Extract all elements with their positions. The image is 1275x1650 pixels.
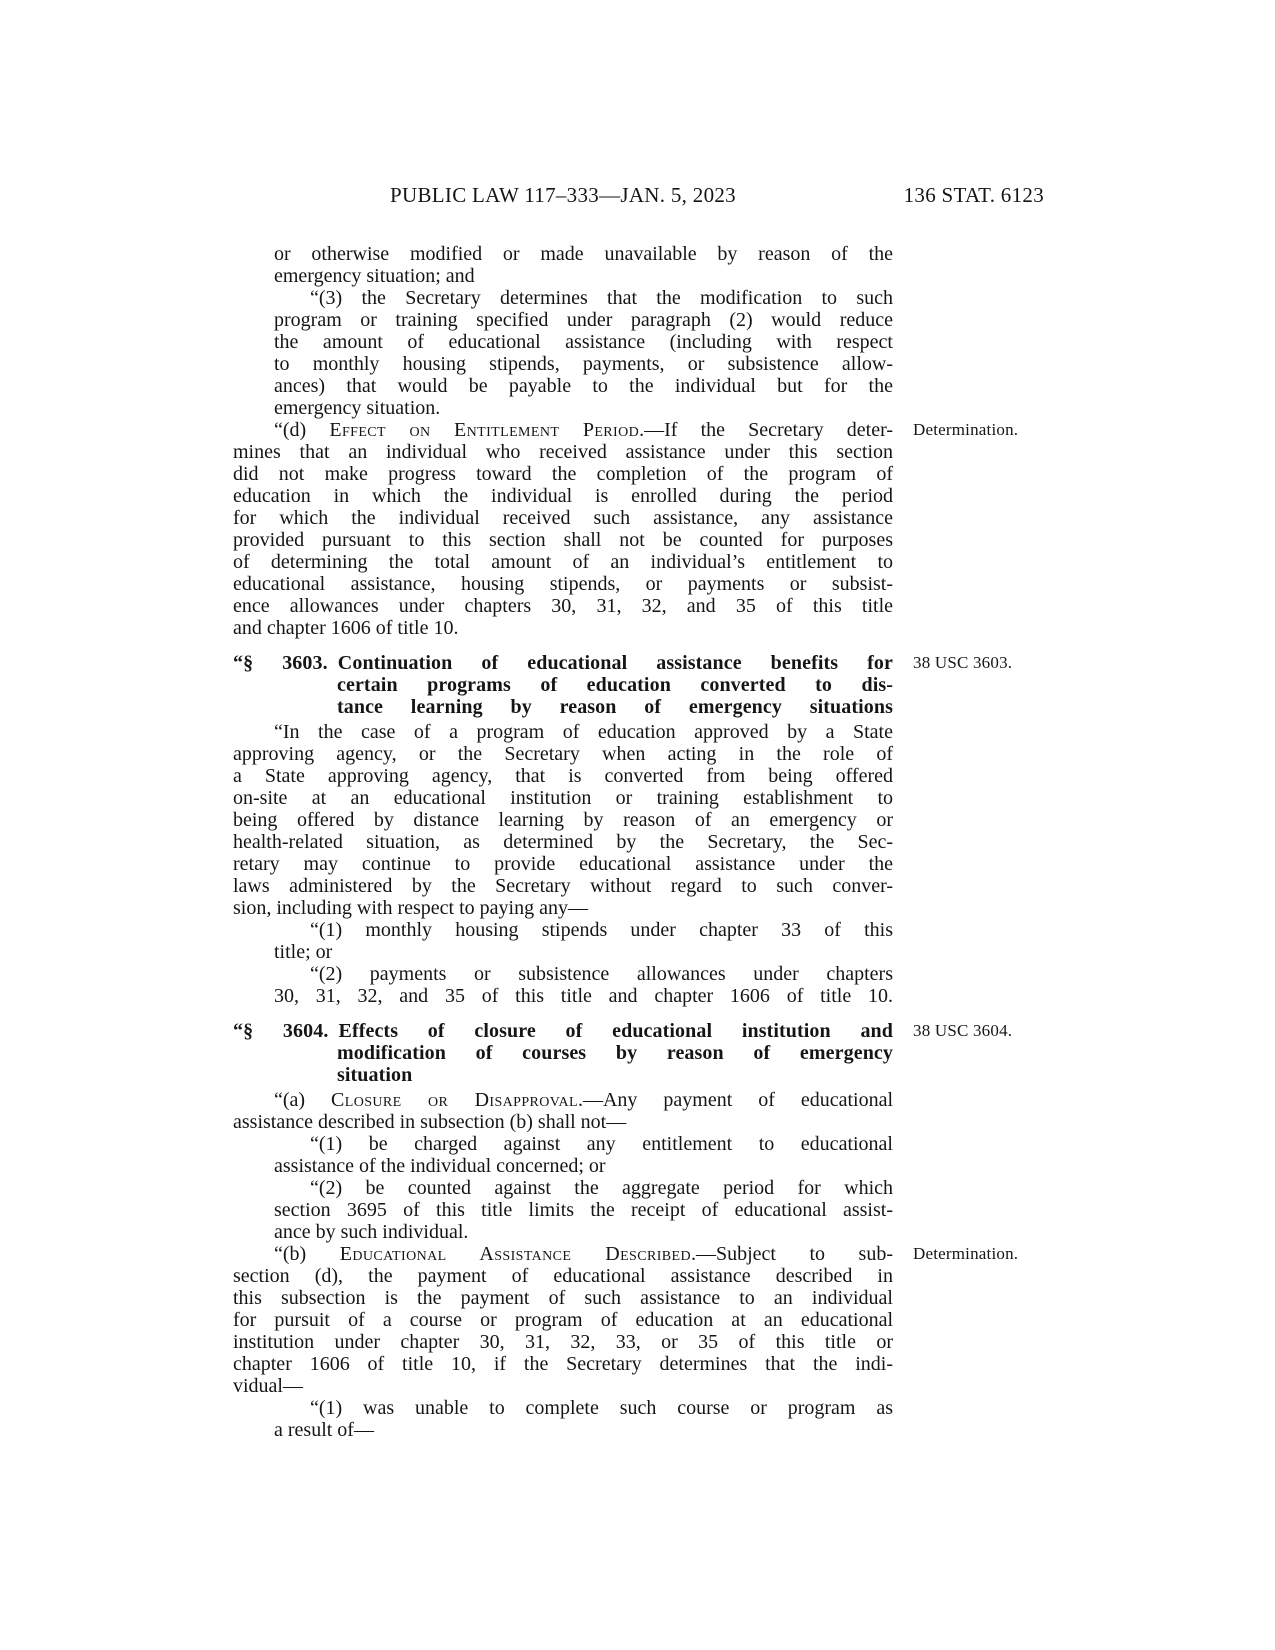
- statute-line: section (d), the payment of educational …: [233, 1265, 893, 1287]
- statute-line: institution under chapter 30, 31, 32, 33…: [233, 1331, 893, 1353]
- small-caps-text: Educational Assistance Described: [340, 1243, 691, 1265]
- paragraph: Determination.“(b) Educational Assistanc…: [233, 1243, 893, 1397]
- paragraph: Determination.“(d) Effect on Entitlement…: [233, 419, 893, 639]
- paragraph: “In the case of a program of education a…: [233, 721, 893, 919]
- statute-line: this subsection is the payment of such a…: [233, 1287, 893, 1309]
- small-caps-text: Closure or Disapproval: [331, 1089, 578, 1111]
- statute-line: “(1) monthly housing stipends under chap…: [233, 919, 893, 941]
- statute-line: “(d) Effect on Entitlement Period.—If th…: [233, 419, 893, 441]
- paragraph: or otherwise modified or made unavailabl…: [233, 243, 893, 287]
- paragraph: “(2) payments or subsistence allowances …: [233, 963, 893, 1007]
- statute-line: or otherwise modified or made unavailabl…: [233, 243, 893, 265]
- small-caps-text: Effect on Entitlement Period: [329, 419, 639, 441]
- statute-line: education in which the individual is enr…: [233, 485, 893, 507]
- statute-line: ances) that would be payable to the indi…: [233, 375, 893, 397]
- statute-line: a State approving agency, that is conver…: [233, 765, 893, 787]
- statute-body: or otherwise modified or made unavailabl…: [233, 243, 893, 1441]
- statute-line: laws administered by the Secretary witho…: [233, 875, 893, 897]
- statute-line: did not make progress toward the complet…: [233, 463, 893, 485]
- statute-line: the amount of educational assistance (in…: [233, 331, 893, 353]
- statute-line: “(1) was unable to complete such course …: [233, 1397, 893, 1419]
- statute-line: “(a) Closure or Disapproval.—Any payment…: [233, 1089, 893, 1111]
- section-heading: 38 USC 3603.“§ 3603. Continuation of edu…: [233, 652, 893, 718]
- paragraph: “(a) Closure or Disapproval.—Any payment…: [233, 1089, 893, 1133]
- statute-line: retary may continue to provide education…: [233, 853, 893, 875]
- margin-note: 38 USC 3603.: [913, 653, 1012, 673]
- statute-line: educational assistance, housing stipends…: [233, 573, 893, 595]
- statute-line: provided pursuant to this section shall …: [233, 529, 893, 551]
- statute-line: modification of courses by reason of eme…: [233, 1042, 893, 1064]
- statute-line: to monthly housing stipends, payments, o…: [233, 353, 893, 375]
- statute-line: “§ 3604. Effects of closure of education…: [233, 1020, 893, 1042]
- statute-line: situation: [233, 1064, 893, 1086]
- paragraph: “(1) monthly housing stipends under chap…: [233, 919, 893, 963]
- statute-line: 30, 31, 32, and 35 of this title and cha…: [233, 985, 893, 1007]
- statute-line: of determining the total amount of an in…: [233, 551, 893, 573]
- margin-note: 38 USC 3604.: [913, 1021, 1012, 1041]
- paragraph: “(1) was unable to complete such course …: [233, 1397, 893, 1441]
- statute-line: ence allowances under chapters 30, 31, 3…: [233, 595, 893, 617]
- paragraph: “(3) the Secretary determines that the m…: [233, 287, 893, 419]
- statute-line: emergency situation; and: [233, 265, 893, 287]
- statute-line: sion, including with respect to paying a…: [233, 897, 893, 919]
- statute-line: “§ 3603. Continuation of educational ass…: [233, 652, 893, 674]
- statute-line: mines that an individual who received as…: [233, 441, 893, 463]
- statute-line: title; or: [233, 941, 893, 963]
- statute-line: and chapter 1606 of title 10.: [233, 617, 893, 639]
- statute-line: section 3695 of this title limits the re…: [233, 1199, 893, 1221]
- paragraph: “(1) be charged against any entitlement …: [233, 1133, 893, 1177]
- statute-page: PUBLIC LAW 117–333—JAN. 5, 2023 136 STAT…: [0, 0, 1275, 1650]
- statute-line: being offered by distance learning by re…: [233, 809, 893, 831]
- statute-line: program or training specified under para…: [233, 309, 893, 331]
- statute-line: “(2) be counted against the aggregate pe…: [233, 1177, 893, 1199]
- margin-note: Determination.: [913, 1244, 1018, 1264]
- statute-line: chapter 1606 of title 10, if the Secreta…: [233, 1353, 893, 1375]
- statute-line: for which the individual received such a…: [233, 507, 893, 529]
- statute-line: vidual—: [233, 1375, 893, 1397]
- statute-line: for pursuit of a course or program of ed…: [233, 1309, 893, 1331]
- statute-line: assistance described in subsection (b) s…: [233, 1111, 893, 1133]
- statute-line: “(2) payments or subsistence allowances …: [233, 963, 893, 985]
- statute-line: “(3) the Secretary determines that the m…: [233, 287, 893, 309]
- statute-line: tance learning by reason of emergency si…: [233, 696, 893, 718]
- section-heading: 38 USC 3604.“§ 3604. Effects of closure …: [233, 1020, 893, 1086]
- statute-line: health-related situation, as determined …: [233, 831, 893, 853]
- paragraph: “(2) be counted against the aggregate pe…: [233, 1177, 893, 1243]
- statute-line: on-site at an educational institution or…: [233, 787, 893, 809]
- statute-line: a result of—: [233, 1419, 893, 1441]
- statute-line: emergency situation.: [233, 397, 893, 419]
- page-header-stat-number: 136 STAT. 6123: [844, 183, 1044, 207]
- statute-line: certain programs of education converted …: [233, 674, 893, 696]
- statute-line: “In the case of a program of education a…: [233, 721, 893, 743]
- page-header-law-title: PUBLIC LAW 117–333—JAN. 5, 2023: [233, 183, 893, 207]
- statute-line: ance by such individual.: [233, 1221, 893, 1243]
- statute-line: assistance of the individual concerned; …: [233, 1155, 893, 1177]
- statute-line: approving agency, or the Secretary when …: [233, 743, 893, 765]
- statute-line: “(1) be charged against any entitlement …: [233, 1133, 893, 1155]
- margin-note: Determination.: [913, 420, 1018, 440]
- statute-line: “(b) Educational Assistance Described.—S…: [233, 1243, 893, 1265]
